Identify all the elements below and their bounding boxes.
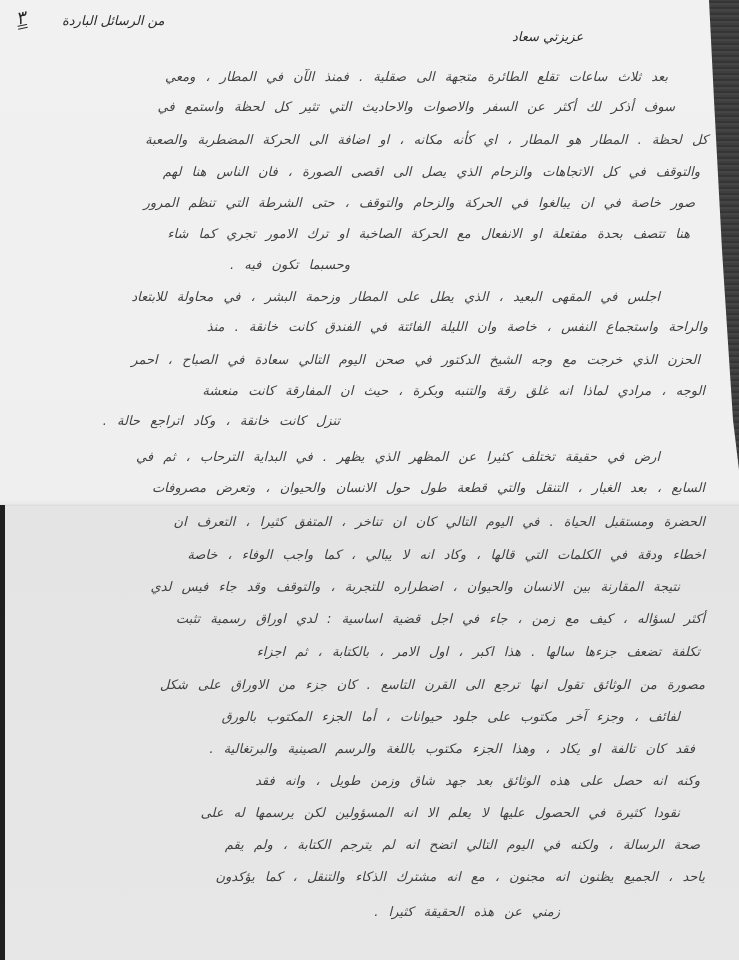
- letter-line: نقودا كثيرة في الحصول عليها لا يعلم الا …: [201, 806, 680, 821]
- letter-line: كل لحظة . المطار هو المطار ، اي كأنه مكا…: [145, 133, 708, 148]
- letter-line: والراحة واستجماع النفس ، خاصة وان الليلة…: [207, 320, 708, 335]
- letter-line: والتوقف في كل الاتجاهات والزحام الذي يصل…: [163, 165, 700, 180]
- letter-line: زمني عن هذه الحقيقة كثيرا .: [374, 905, 560, 920]
- letter-line: سوف أذكر لك أكثر عن السفر والاصوات والاح…: [157, 100, 675, 115]
- letter-line: ياحد ، الجميع يظنون انه مجنون ، مع انه م…: [216, 870, 705, 885]
- series-title: من الرسائل الباردة: [62, 14, 165, 29]
- paper-fold-line: [0, 504, 739, 507]
- letter-line: أكثر لسؤاله ، كيف مع زمن ، جاء في اجل قض…: [176, 612, 705, 627]
- letter-line: السابع ، بعد الغبار ، التنقل والتي قطعة …: [152, 481, 705, 496]
- paper-shadow-edge: [0, 505, 5, 960]
- letter-line: وحسبما تكون فيه .: [230, 258, 350, 273]
- letter-line: نتيجة المقارنة بين الانسان والحيوان ، اض…: [151, 580, 680, 595]
- letter-line: الوجه ، مرادي لماذا انه غلق رقة والتنبه …: [202, 384, 705, 399]
- letter-line: صور خاصة في ان يبالغوا في الحركة والزحام…: [144, 196, 695, 211]
- letter-line: تنزل كانت خانقة ، وكاد اتراجع حالة .: [103, 414, 340, 429]
- letter-line: مصورة من الوثائق تقول انها ترجع الى القر…: [160, 678, 705, 693]
- letter-line: بعد ثلاث ساعات تقلع الطائرة متجهة الى صق…: [165, 70, 668, 85]
- letter-line: ارض في حقيقة تختلف كثيرا عن المظهر الذي …: [136, 450, 660, 465]
- letter-line: فقد كان تالفة او يكاد ، وهذا الجزء مكتوب…: [209, 742, 695, 757]
- salutation: عزيزتي سعاد: [512, 30, 583, 45]
- letter-line: اجلس في المقهى البعيد ، الذي يطل على الم…: [131, 290, 660, 305]
- letter-line: وكنه انه حصل على هذه الوثائق بعد جهد شاق…: [255, 774, 700, 789]
- letter-line: الحضرة ومستقبل الحياة . في اليوم التالي …: [174, 515, 705, 530]
- letter-line: تكلفة تضعف جزءها سالها . هذا اكبر ، اول …: [257, 645, 700, 660]
- letter-line: هنا تتصف بحدة مفتعلة او الانفعال مع الحر…: [167, 227, 690, 242]
- letter-line: اخطاء ودقة في الكلمات التي قالها ، وكاد …: [187, 548, 705, 563]
- letter-line: الحزن الذي خرجت مع وجه الشيخ الدكتور في …: [131, 353, 700, 368]
- letter-line: صحة الرسالة ، ولكنه في اليوم التالي اتضح…: [225, 838, 700, 853]
- letter-line: لفائف ، وجزء آخر مكتوب على جلود حيوانات …: [222, 710, 680, 725]
